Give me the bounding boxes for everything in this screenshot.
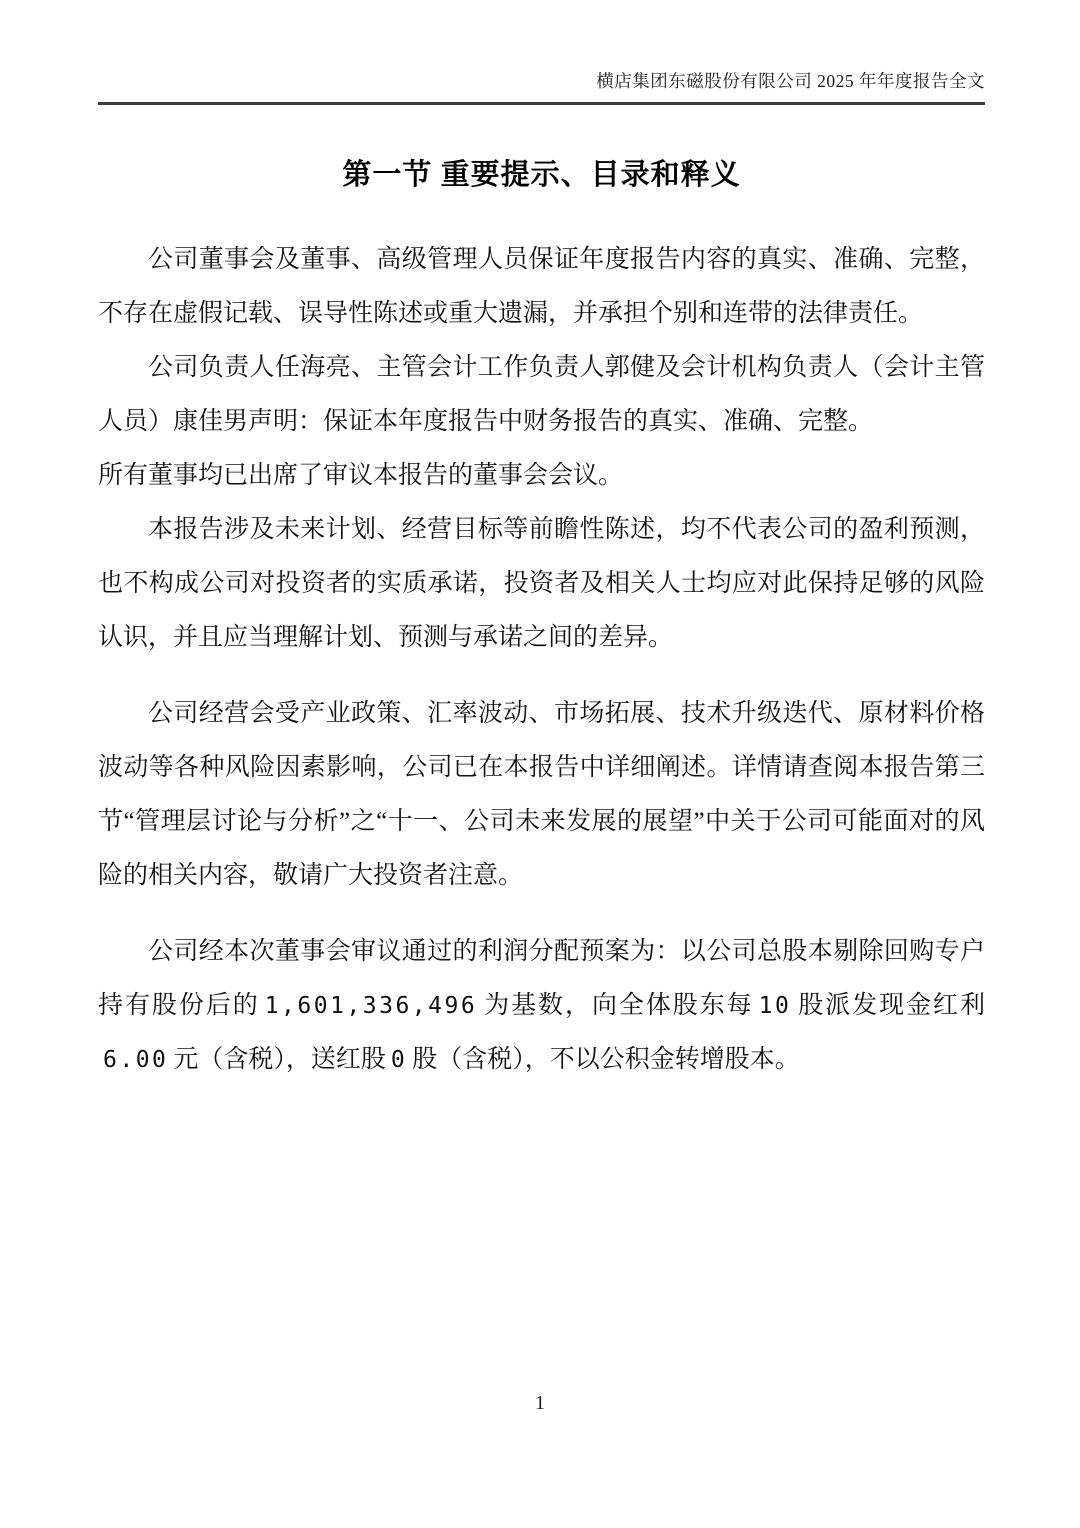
- paragraph: 公司负责人任海亮、主管会计工作负责人郭健及会计机构负责人（会计主管人员）康佳男声…: [98, 341, 985, 449]
- text-run: 公司经营会受产业政策、汇率波动、市场拓展、技术升级迭代、原材料价格波动等各种风险…: [98, 700, 985, 889]
- numeric-value: 0: [386, 1047, 412, 1073]
- text-run: 元（含税），送红股: [173, 1046, 386, 1073]
- numeric-value: 6.00: [98, 1047, 173, 1073]
- report-page: 横店集团东磁股份有限公司 2025 年年度报告全文 第一节 重要提示、目录和释义…: [0, 0, 1080, 1528]
- page-header: 横店集团东磁股份有限公司 2025 年年度报告全文: [98, 0, 985, 105]
- text-run: 股（含税），不以公积金转增股本。: [412, 1046, 800, 1073]
- paragraph: 公司经营会受产业政策、汇率波动、市场拓展、技术升级迭代、原材料价格波动等各种风险…: [98, 687, 985, 903]
- header-rule: [98, 102, 985, 105]
- text-run: 为基数，向全体股东每: [482, 992, 753, 1019]
- numeric-value: 1,601,336,496: [260, 993, 483, 1019]
- header-company-report-label: 横店集团东磁股份有限公司 2025 年年度报告全文: [98, 70, 985, 92]
- paragraph: 所有董事均已出席了审议本报告的董事会会议。: [98, 449, 985, 503]
- text-run: 所有董事均已出席了审议本报告的董事会会议。: [98, 462, 623, 489]
- numeric-value: 10: [754, 993, 797, 1019]
- paragraph: 公司董事会及董事、高级管理人员保证年度报告内容的真实、准确、完整，不存在虚假记载…: [98, 233, 985, 341]
- text-run: 股派发现金红利: [796, 992, 985, 1019]
- text-run: 公司负责人任海亮、主管会计工作负责人郭健及会计机构负责人（会计主管人员）康佳男声…: [98, 354, 985, 435]
- section-title: 第一节 重要提示、目录和释义: [98, 155, 985, 195]
- text-run: 公司董事会及董事、高级管理人员保证年度报告内容的真实、准确、完整，不存在虚假记载…: [98, 246, 985, 327]
- paragraphs: 公司董事会及董事、高级管理人员保证年度报告内容的真实、准确、完整，不存在虚假记载…: [98, 233, 985, 1087]
- paragraph: 本报告涉及未来计划、经营目标等前瞻性陈述，均不代表公司的盈利预测，也不构成公司对…: [98, 503, 985, 665]
- text-run: 本报告涉及未来计划、经营目标等前瞻性陈述，均不代表公司的盈利预测，也不构成公司对…: [98, 516, 985, 651]
- paragraph: 公司经本次董事会审议通过的利润分配预案为：以公司总股本剔除回购专户持有股份后的1…: [98, 925, 985, 1087]
- page-number: 1: [0, 1392, 1080, 1415]
